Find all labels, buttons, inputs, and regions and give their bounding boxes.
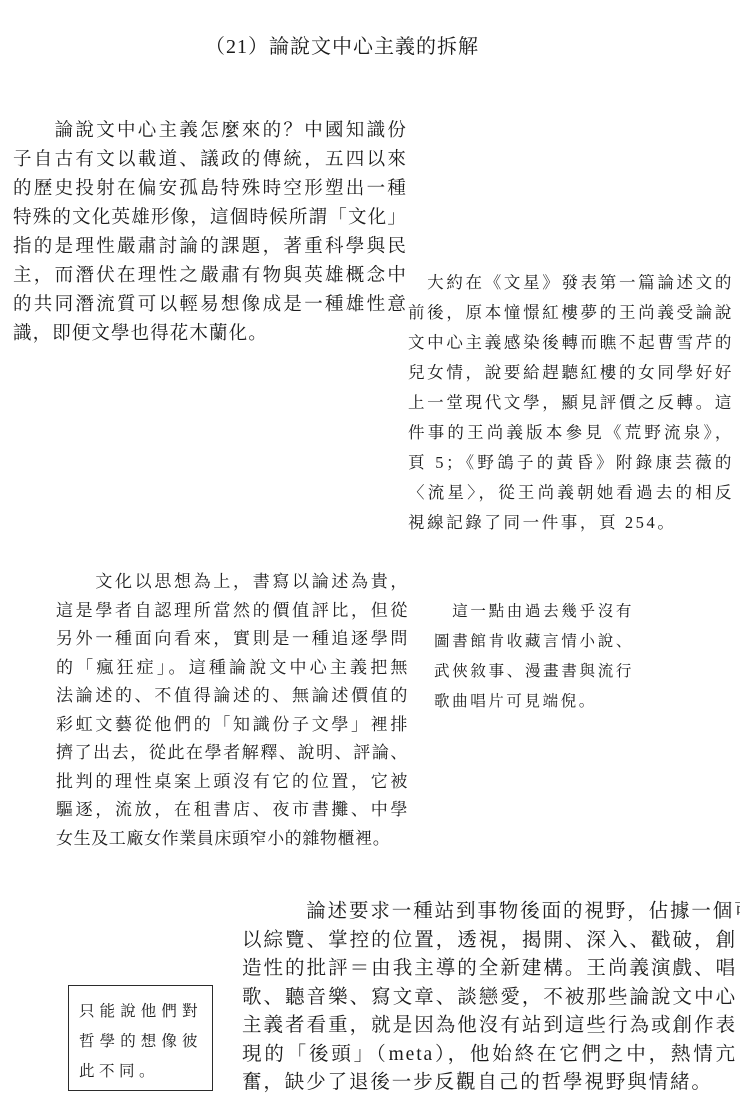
text-line: 識，即便文學也得花木蘭化。 — [13, 320, 407, 349]
text-line: 上一堂現代文學，顯見評價之反轉。這 — [408, 388, 734, 418]
text-line: 文化以思想為上，書寫以論述為貴， — [56, 568, 408, 597]
text-line: 批判的理性桌案上頭沒有它的位置，它被 — [56, 768, 408, 797]
text-line: 圖書館肯收藏言情小說、 — [434, 627, 634, 657]
text-line: 另外一種面向看來，實則是一種追逐學問 — [56, 625, 408, 654]
text-line: 主義者看重，就是因為他沒有站到這些行為或創作表 — [242, 1012, 737, 1041]
text-line: 法論述的、不值得論述的、無論述價值的 — [56, 682, 408, 711]
text-line: 女生及工廠女作業員床頭窄小的雜物櫃裡。 — [56, 825, 408, 854]
text-line: 以綜覽、掌控的位置，透視，揭開、深入、戳破，創 — [242, 927, 737, 956]
text-line: 這是學者自認理所當然的價值評比，但從 — [56, 597, 408, 626]
text-line: 論述要求一種站到事物後面的視野，佔據一個可 — [242, 898, 737, 927]
text-line: 頁 5；《野鴿子的黃昏》附錄康芸薇的 — [408, 448, 734, 478]
text-line: 武俠敘事、漫畫書與流行 — [434, 657, 634, 687]
text-line: 視線記錄了同一件事，頁 254。 — [408, 508, 734, 538]
text-line: 造性的批評＝由我主導的全新建構。王尚義演戲、唱 — [242, 955, 737, 984]
text-line: 這一點由過去幾乎沒有 — [434, 597, 634, 627]
text-line: 的共同潛流質可以輕易想像成是一種雄性意 — [13, 291, 407, 320]
text-line: 主，而潛伏在理性之嚴肅有物與英雄概念中 — [13, 262, 407, 291]
text-line: 的歷史投射在偏安孤島特殊時空形塑出一種 — [13, 175, 407, 204]
page-title: （21）論說文中心主義的拆解 — [205, 30, 479, 59]
text-line: 彩虹文藝從他們的「知識份子文學」裡排 — [56, 711, 408, 740]
document-page: （21）論說文中心主義的拆解 論說文中心主義怎麼來的？中國知識份子自古有文以載道… — [0, 0, 740, 1120]
text-line: 歌曲唱片可見端倪。 — [434, 687, 634, 717]
text-line: 奮，缺少了退後一步反觀自己的哲學視野與情緒。 — [242, 1069, 737, 1098]
text-line: 的「瘋狂症」。這種論說文中心主義把無 — [56, 654, 408, 683]
paragraph-library-note: 這一點由過去幾乎沒有圖書館肯收藏言情小說、武俠敘事、漫畫書與流行歌曲唱片可見端倪… — [434, 597, 634, 717]
text-line: 指的是理性嚴肅討論的課題，著重科學與民 — [13, 233, 407, 262]
text-line: 驅逐，流放，在租書店、夜市書攤、中學 — [56, 796, 408, 825]
text-line: 此不同。 — [79, 1057, 202, 1087]
paragraph-culture-thought: 文化以思想為上，書寫以論述為貴，這是學者自認理所當然的價值評比，但從另外一種面向… — [56, 568, 408, 853]
paragraph-intro: 論說文中心主義怎麼來的？中國知識份子自古有文以載道、議政的傳統，五四以來的歷史投… — [13, 117, 407, 349]
text-line: 只能說他們對 — [79, 997, 202, 1027]
text-line: 論說文中心主義怎麼來的？中國知識份 — [13, 117, 407, 146]
text-line: 件事的王尚義版本參見《荒野流泉》， — [408, 418, 734, 448]
text-line: 文中心主義感染後轉而瞧不起曹雪芹的 — [408, 328, 734, 358]
text-line: 子自古有文以載道、議政的傳統，五四以來 — [13, 146, 407, 175]
paragraph-wenxing-note: 大約在《文星》發表第一篇論述文的前後，原本憧憬紅樓夢的王尚義受論說文中心主義感染… — [408, 268, 734, 538]
text-line: 前後，原本憧憬紅樓夢的王尚義受論說 — [408, 298, 734, 328]
text-line: 大約在《文星》發表第一篇論述文的 — [408, 268, 734, 298]
text-line: 擠了出去，從此在學者解釋、說明、評論、 — [56, 739, 408, 768]
paragraph-meta-discussion: 論述要求一種站到事物後面的視野，佔據一個可以綜覽、掌控的位置，透視，揭開、深入、… — [242, 898, 737, 1098]
text-line: 現的「後頭」（meta），他始終在它們之中，熱情亢 — [242, 1041, 737, 1070]
text-line: 兒女情，說要給趕聽紅樓的女同學好好 — [408, 358, 734, 388]
text-line: 歌、聽音樂、寫文章、談戀愛，不被那些論說文中心 — [242, 984, 737, 1013]
boxed-side-note: 只能說他們對哲學的想像彼此不同。 — [68, 985, 213, 1091]
text-line: 〈流星〉，從王尚義朝她看過去的相反 — [408, 478, 734, 508]
text-line: 哲學的想像彼 — [79, 1027, 202, 1057]
text-line: 特殊的文化英雄形像，這個時候所謂「文化」 — [13, 204, 407, 233]
